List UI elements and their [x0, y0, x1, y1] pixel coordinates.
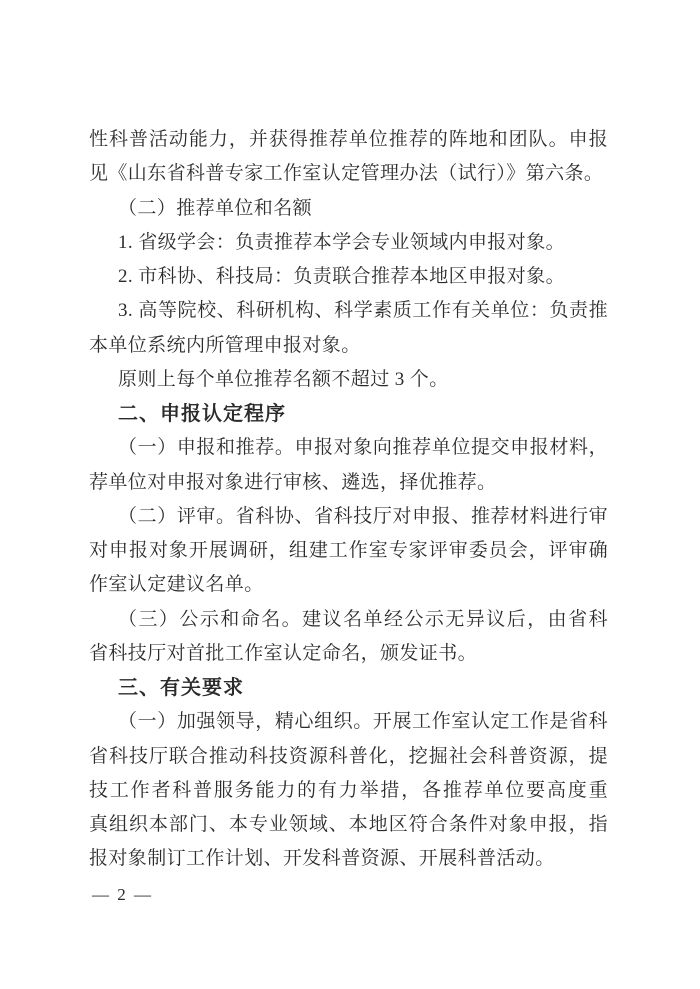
doc-line: 报对象制订工作计划、开发科普资源、开展科普活动。: [89, 842, 608, 876]
section-heading: 二、申报认定程序: [89, 397, 608, 431]
sub-heading: （二）推荐单位和名额: [89, 192, 608, 226]
doc-line: 对申报对象开展调研，组建工作室专家评审委员会，评审确定工: [89, 534, 608, 568]
doc-line: （二）评审。省科协、省科技厅对申报、推荐材料进行审核，: [89, 500, 608, 534]
page-number: — 2 —: [92, 884, 153, 906]
doc-line: 2. 市科协、科技局：负责联合推荐本地区申报对象。: [89, 260, 608, 294]
doc-line: 原则上每个单位推荐名额不超过 3 个。: [89, 363, 608, 397]
doc-line: 省科技厅联合推动科技资源科普化，挖掘社会科普资源，提高科: [89, 740, 608, 774]
doc-line: 见《山东省科普专家工作室认定管理办法（试行）》第六条。: [89, 157, 608, 191]
doc-line: （一）申报和推荐。申报对象向推荐单位提交申报材料，推: [89, 431, 608, 465]
doc-line: （一）加强领导，精心组织。开展工作室认定工作是省科协、: [89, 705, 608, 739]
doc-line: 3. 高等院校、科研机构、科学素质工作有关单位：负责推荐: [89, 294, 608, 328]
doc-line: 性科普活动能力，并获得推荐单位推荐的阵地和团队。申报条件: [89, 123, 608, 157]
doc-line: 荐单位对申报对象进行审核、遴选，择优推荐。: [89, 466, 608, 500]
section-heading: 三、有关要求: [89, 671, 608, 705]
document-page: 性科普活动能力，并获得推荐单位推荐的阵地和团队。申报条件见《山东省科普专家工作室…: [0, 0, 700, 989]
document-body: 性科普活动能力，并获得推荐单位推荐的阵地和团队。申报条件见《山东省科普专家工作室…: [89, 123, 608, 877]
doc-line: 作室认定建议名单。: [89, 568, 608, 602]
doc-line: 真组织本部门、本专业领域、本地区符合条件对象申报，指导申: [89, 808, 608, 842]
doc-line: 省科技厅对首批工作室认定命名，颁发证书。: [89, 637, 608, 671]
doc-line: 1. 省级学会：负责推荐本学会专业领域内申报对象。: [89, 226, 608, 260]
doc-line: 本单位系统内所管理申报对象。: [89, 329, 608, 363]
doc-line: （三）公示和命名。建议名单经公示无异议后，由省科协、: [89, 603, 608, 637]
doc-line: 技工作者科普服务能力的有力举措，各推荐单位要高度重视，认: [89, 774, 608, 808]
